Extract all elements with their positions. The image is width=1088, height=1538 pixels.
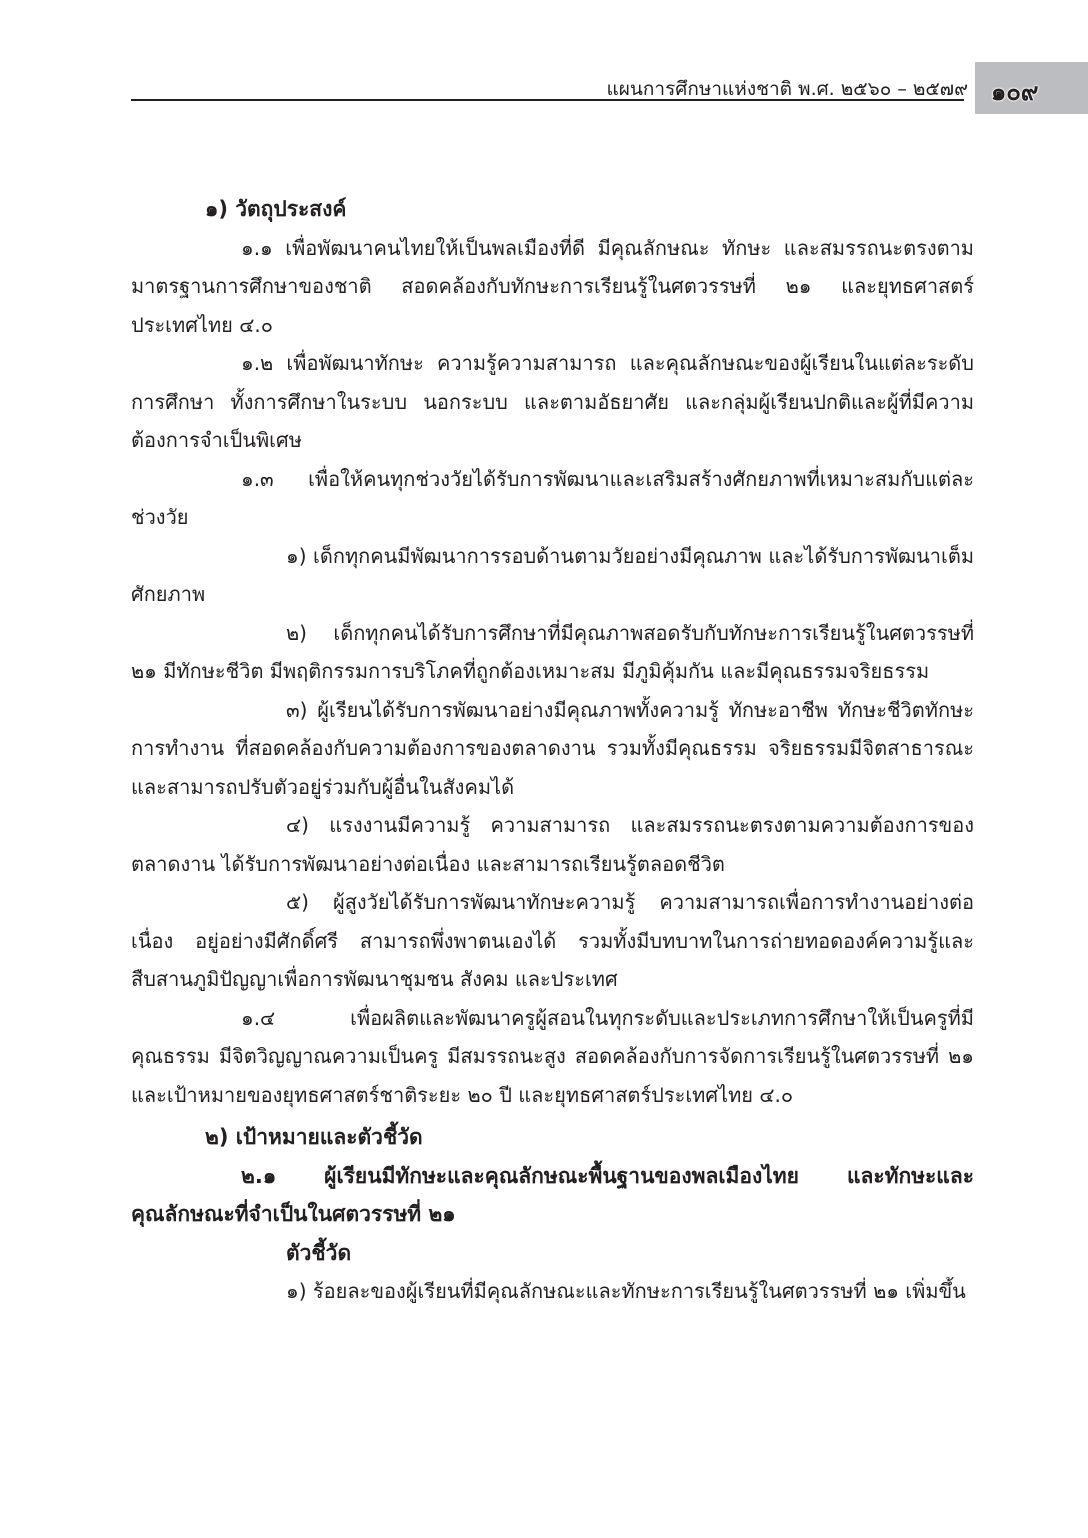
objective-1-3-sub-3: ๓) ผู้เรียนได้รับการพัฒนาอย่างมีคุณภาพทั… [131,691,974,807]
page-number-box: ๑๐๙ [975,62,1088,114]
objective-1-3-sub-5: ๕) ผู้สูงวัยได้รับการพัฒนาทักษะความรู้ ค… [131,883,974,999]
page-number: ๑๐๙ [991,72,1038,111]
objective-1-3-sub-2: ๒) เด็กทุกคนได้รับการศึกษาที่มีคุณภาพสอด… [131,614,974,691]
objective-1-3-sub-1: ๑) เด็กทุกคนมีพัฒนาการรอบด้านตามวัยอย่าง… [131,537,974,614]
target-2-1: ๒.๑ ผู้เรียนมีทักษะและคุณลักษณะพื้นฐานขอ… [131,1157,974,1234]
section-heading-targets: ๒) เป้าหมายและตัวชี้วัด [131,1118,974,1157]
header-rule [131,99,964,101]
objective-1-4: ๑.๔ เพื่อผลิตและพัฒนาครูผู้สอนในทุกระดับ… [131,999,974,1115]
objective-1-3-sub-4: ๔) แรงงานมีความรู้ ความสามารถ และสมรรถนะ… [131,806,974,883]
objective-1-2: ๑.๒ เพื่อพัฒนาทักษะ ความรู้ความสามารถ แล… [131,344,974,460]
page-body: ๑) วัตถุประสงค์ ๑.๑ เพื่อพัฒนาคนไทยให้เป… [131,190,974,1311]
section-heading-objectives: ๑) วัตถุประสงค์ [131,190,974,229]
indicator-heading: ตัวชี้วัด [131,1234,974,1273]
objective-1-1: ๑.๑ เพื่อพัฒนาคนไทยให้เป็นพลเมืองที่ดี ม… [131,229,974,345]
objective-1-3: ๑.๓ เพื่อให้คนทุกช่วงวัยได้รับการพัฒนาแล… [131,460,974,537]
indicator-1: ๑) ร้อยละของผู้เรียนที่มีคุณลักษณะและทัก… [131,1272,974,1311]
